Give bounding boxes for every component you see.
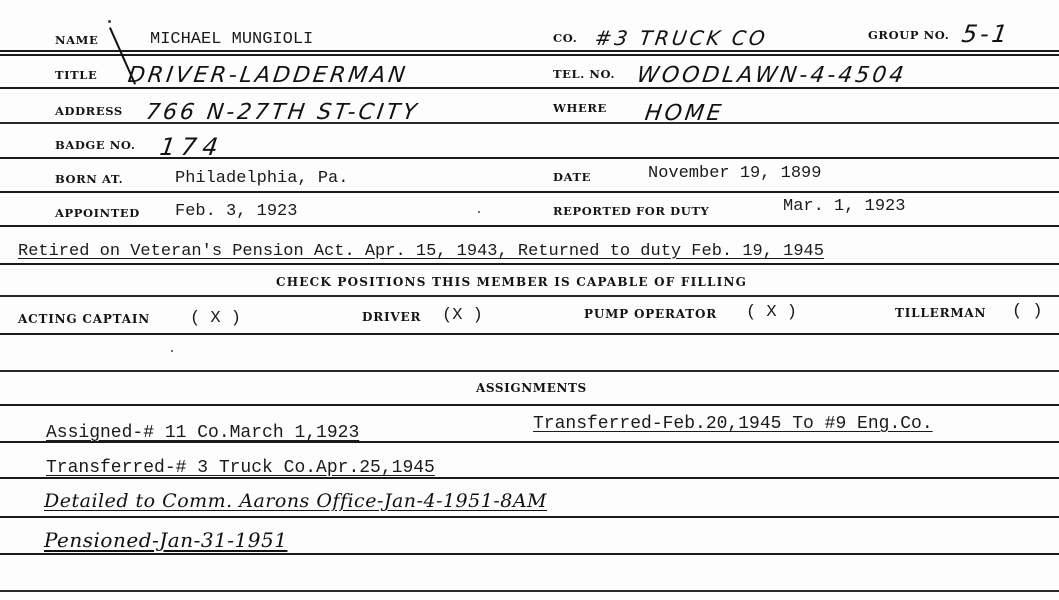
name-label: NAME: [55, 33, 98, 47]
tel-no-label: TEL. NO.: [553, 67, 615, 81]
date-value: November 19, 1899: [648, 164, 821, 183]
positions-heading: CHECK POSITIONS THIS MEMBER IS CAPABLE O…: [276, 275, 747, 289]
born-at-label: BORN AT.: [55, 172, 123, 186]
position-driver-check: (X ): [442, 306, 483, 325]
rule-line: [0, 333, 1059, 335]
assignment-entry: Transferred-Feb.20,1945 To #9 Eng.Co.: [533, 414, 933, 434]
company-value: #3 TRUCK CO: [593, 26, 769, 50]
position-pump-operator-check: ( X ): [746, 303, 797, 322]
rule-line: [0, 516, 1059, 518]
reported-for-duty-label: REPORTED FOR DUTY: [553, 204, 709, 218]
address-label: ADDRESS: [55, 104, 123, 118]
rule-line: [0, 225, 1059, 227]
position-pump-operator-label: PUMP OPERATOR: [584, 307, 717, 321]
title-value: DRIVER-LADDERMAN: [126, 63, 409, 88]
where-value: HOME: [643, 101, 725, 126]
assignment-entry: Transferred-# 3 Truck Co.Apr.25,1945: [46, 458, 435, 478]
born-at-value: Philadelphia, Pa.: [175, 169, 348, 188]
rule-line: [0, 263, 1059, 265]
ink-dot: [171, 350, 173, 352]
company-label: CO.: [553, 31, 577, 45]
position-tillerman-check: ( ): [1012, 302, 1043, 321]
position-driver-label: DRIVER: [362, 310, 421, 324]
appointed-label: APPOINTED: [55, 206, 140, 220]
name-value: MICHAEL MUNGIOLI: [150, 30, 313, 49]
rule-line: [0, 404, 1059, 406]
title-label: TITLE: [55, 68, 97, 82]
ink-dot: [108, 20, 111, 23]
appointed-value: Feb. 3, 1923: [175, 202, 297, 221]
date-label: DATE: [553, 170, 591, 184]
group-no-value: 5-1: [960, 20, 1012, 48]
address-value: 766 N-27TH ST-CITY: [144, 100, 421, 125]
assignments-heading: ASSIGNMENTS: [476, 381, 587, 395]
where-label: WHERE: [553, 101, 607, 115]
badge-no-label: BADGE NO.: [55, 138, 135, 152]
personnel-record-card: NAME MICHAEL MUNGIOLI CO. #3 TRUCK CO GR…: [0, 0, 1059, 600]
reported-for-duty-value: Mar. 1, 1923: [783, 197, 905, 216]
rule-line: [0, 295, 1059, 297]
ink-dot: [478, 211, 480, 213]
rule-line: [0, 370, 1059, 372]
assignment-entry-handwritten: Pensioned-Jan-31-1951: [44, 528, 287, 552]
position-tillerman-label: TILLERMAN: [895, 306, 986, 320]
assignment-entry-handwritten: Detailed to Comm. Aarons Office-Jan-4-19…: [44, 490, 547, 512]
badge-no-value: 174: [158, 133, 226, 161]
retirement-remark: Retired on Veteran's Pension Act. Apr. 1…: [18, 242, 824, 261]
rule-line: [0, 50, 1059, 52]
position-acting-captain-label: ACTING CAPTAIN: [18, 312, 150, 326]
position-acting-captain-check: ( X ): [190, 309, 241, 328]
tel-no-value: WOODLAWN-4-4504: [635, 63, 908, 88]
rule-line: [0, 590, 1059, 592]
rule-line: [0, 191, 1059, 193]
assignment-entry: Assigned-# 11 Co.March 1,1923: [46, 423, 359, 443]
group-no-label: GROUP NO.: [868, 28, 949, 42]
rule-line: [0, 553, 1059, 555]
